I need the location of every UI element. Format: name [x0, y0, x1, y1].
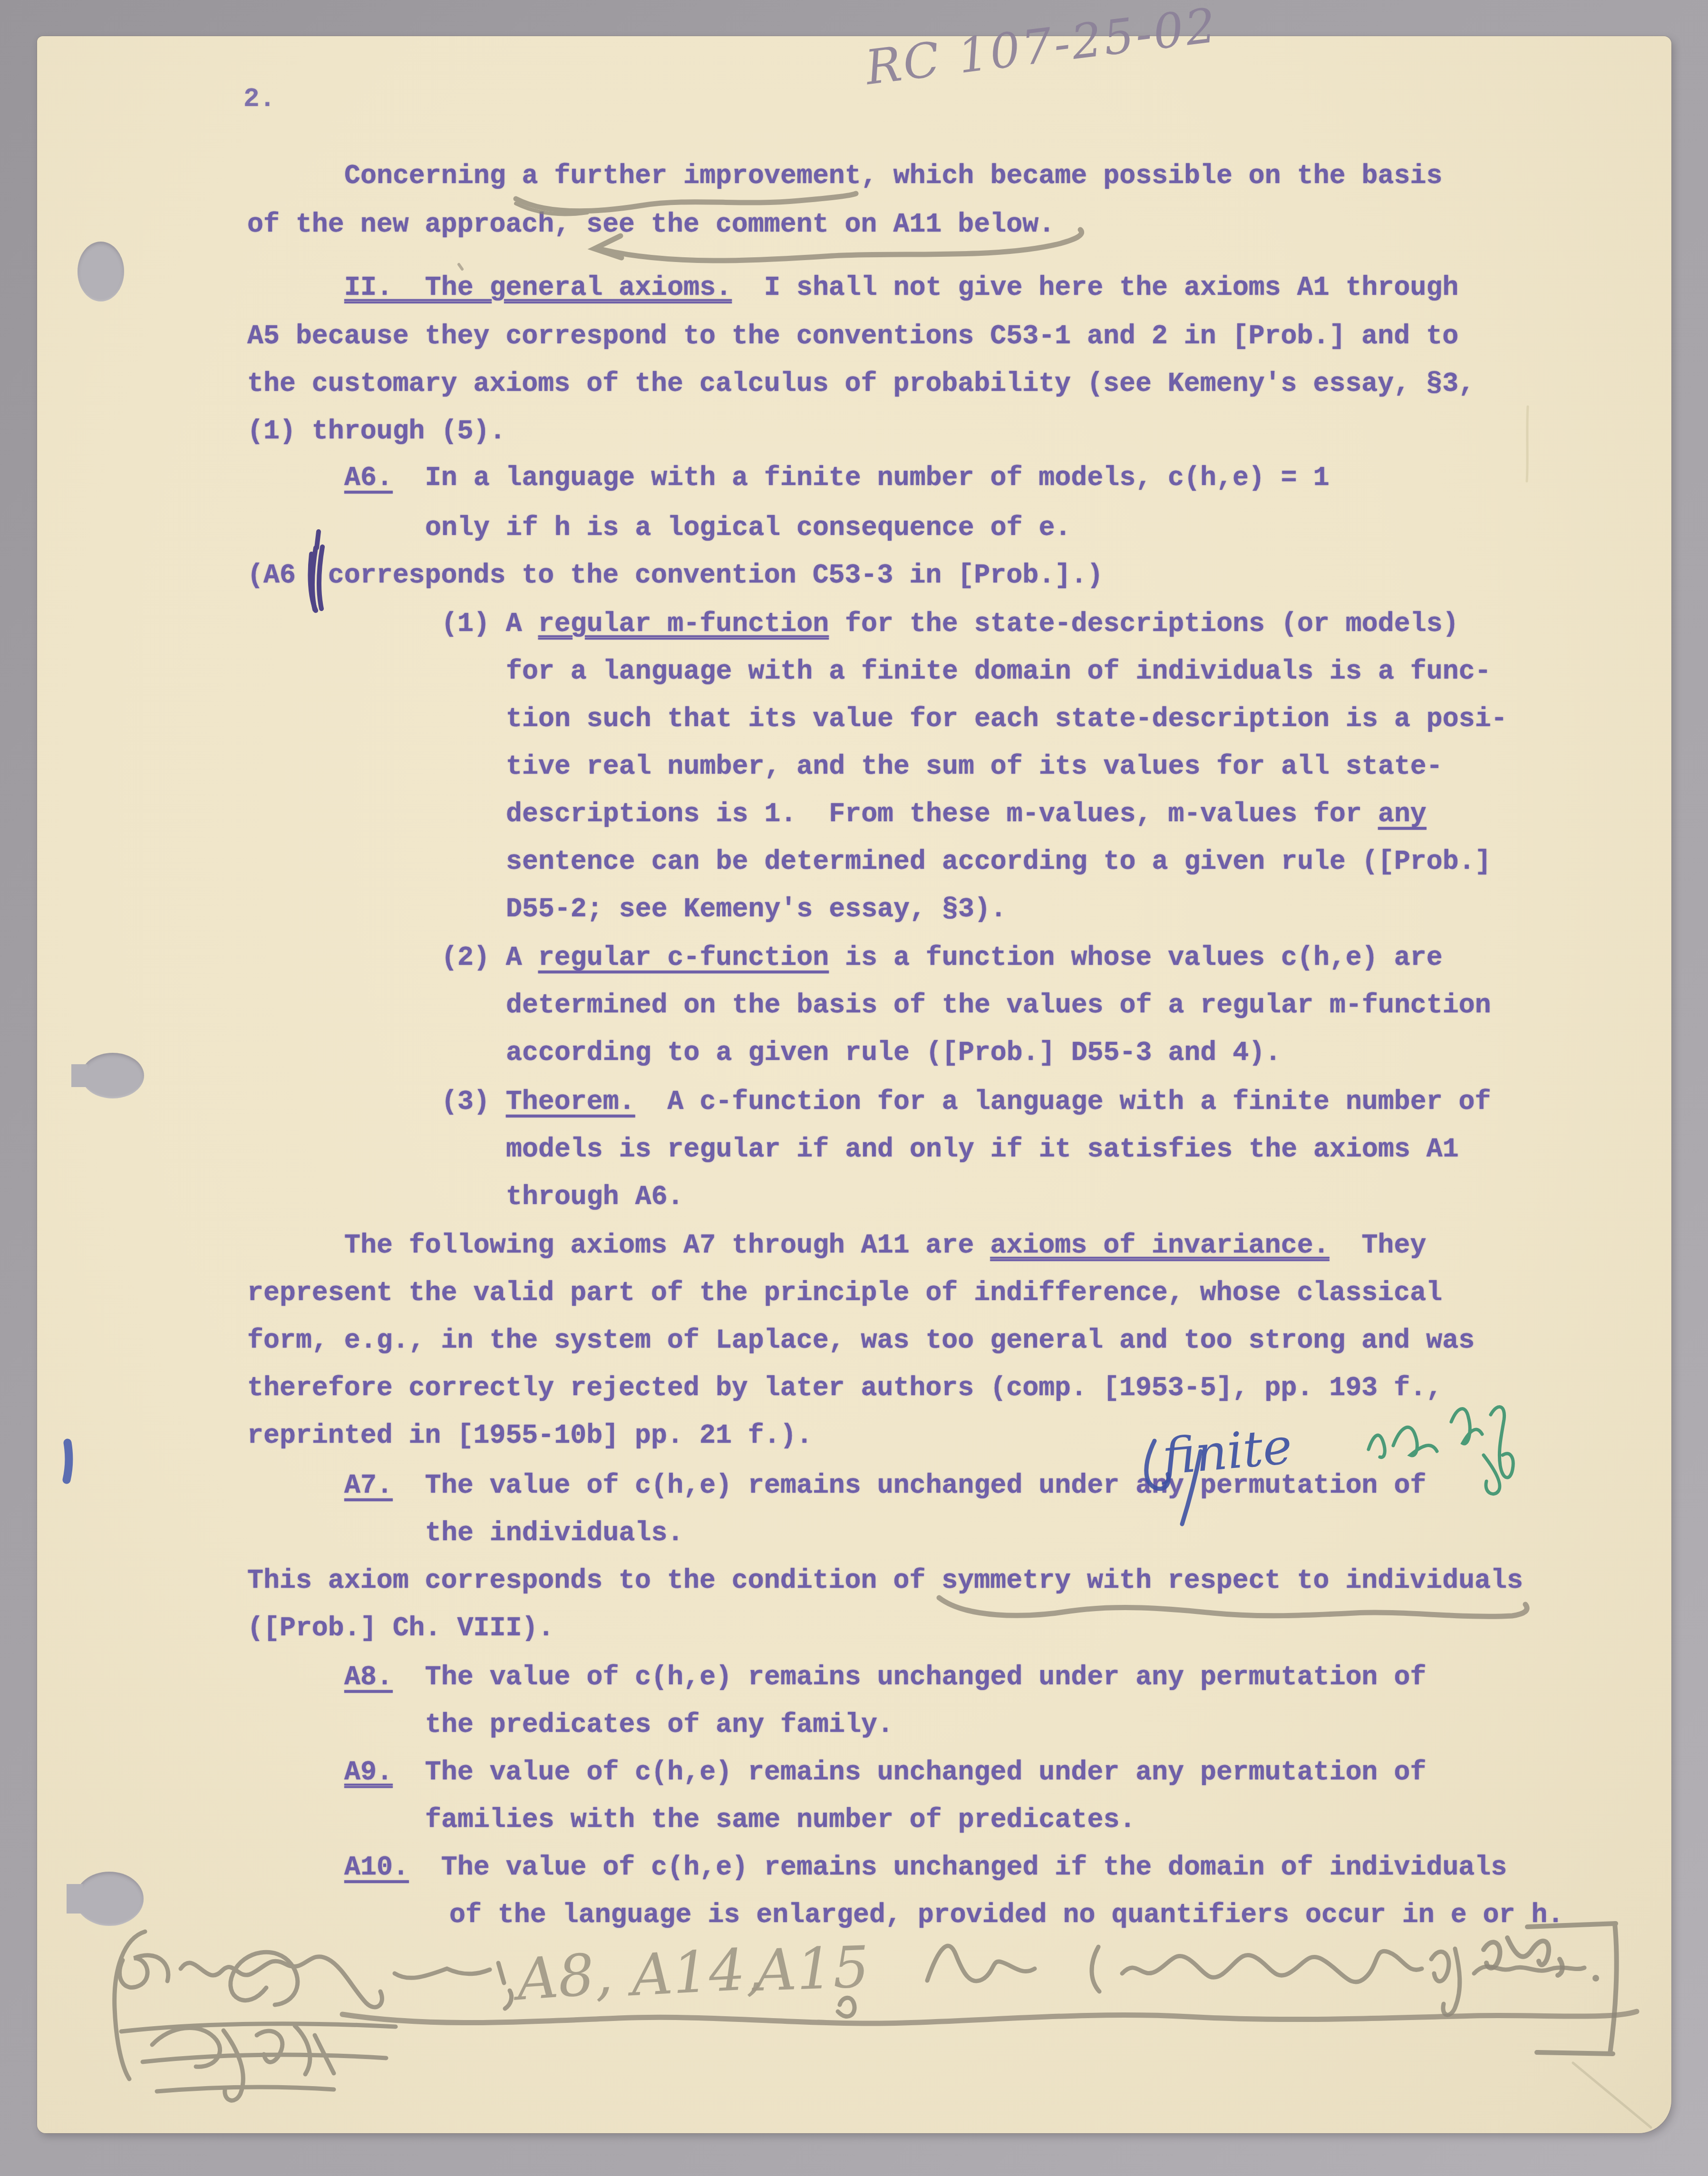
punch-hole-bottom-notch	[67, 1884, 83, 1914]
text-segment: through A6.	[506, 1182, 684, 1212]
underlined-text: A7.	[344, 1470, 393, 1501]
typed-line: therefore correctly rejected by later au…	[247, 1373, 1442, 1404]
text-segment: The value of c(h,e) remains unchanged un…	[393, 1662, 1427, 1692]
typed-line: D55-2; see Kemeny's essay, §3).	[506, 894, 1007, 925]
typed-line: (1) A regular m-function for the state-d…	[441, 609, 1459, 640]
text-segment: tion such that its value for each state-…	[506, 704, 1507, 734]
typed-line: through A6.	[506, 1182, 684, 1213]
text-segment: of the language is enlarged, provided no…	[449, 1900, 1563, 1930]
underlined-text: regular m-function	[538, 609, 829, 639]
text-segment: reprinted in [1955-10b] pp. 21 f.).	[247, 1420, 813, 1451]
text-segment: represent the valid part of the principl…	[247, 1278, 1442, 1308]
text-segment: (1) through (5).	[247, 416, 505, 447]
punch-hole-middle-notch	[71, 1064, 87, 1087]
text-segment: Concerning a further improvement, which …	[344, 161, 1442, 191]
typed-line: A6. In a language with a finite number o…	[344, 463, 1330, 494]
text-segment: In a language with a finite number of mo…	[393, 463, 1330, 493]
typed-line: families with the same number of predica…	[425, 1805, 1135, 1836]
typed-line: tion such that its value for each state-…	[506, 704, 1507, 735]
typed-line: (3) Theorem. A c-function for a language…	[441, 1087, 1491, 1117]
text-segment: descriptions is 1. From these m-values, …	[506, 799, 1378, 829]
text-segment: The following axioms A7 through A11 are	[344, 1230, 990, 1261]
text-segment: form, e.g., in the system of Laplace, wa…	[247, 1325, 1475, 1356]
text-segment: This axiom corresponds to the condition …	[247, 1565, 1523, 1596]
typed-line: models is regular if and only if it sati…	[506, 1134, 1459, 1165]
underlined-text: II. The general axioms.	[344, 272, 732, 303]
text-segment: models is regular if and only if it sati…	[506, 1134, 1459, 1165]
typed-line: the customary axioms of the calculus of …	[247, 369, 1475, 399]
text-segment: A5 because they correspond to the conven…	[247, 321, 1458, 351]
typed-line: the individuals.	[425, 1518, 683, 1549]
typed-line: ([Prob.] Ch. VIII).	[247, 1613, 554, 1644]
text-segment: tive real number, and the sum of its val…	[506, 751, 1443, 782]
typed-line: descriptions is 1. From these m-values, …	[506, 799, 1427, 830]
typed-line: A9. The value of c(h,e) remains unchange…	[344, 1757, 1426, 1788]
text-segment: (A6 corresponds to the convention C53-3 …	[247, 560, 1103, 591]
typed-line: the predicates of any family.	[425, 1710, 893, 1740]
typed-line: Concerning a further improvement, which …	[344, 161, 1442, 192]
scanned-document-scan: Concerning a further improvement, which …	[0, 0, 1708, 2176]
typed-line: only if h is a logical consequence of e.	[425, 513, 1071, 544]
text-segment: is a function whose values c(h,e) are	[829, 942, 1443, 973]
text-segment: A c-function for a language with a finit…	[635, 1087, 1491, 1117]
underlined-text: A6.	[344, 463, 393, 493]
typed-line: The following axioms A7 through A11 are …	[344, 1230, 1426, 1261]
typed-line: A8. The value of c(h,e) remains unchange…	[344, 1662, 1426, 1693]
text-segment: determined on the basis of the values of…	[506, 990, 1491, 1020]
underlined-text: A10.	[344, 1852, 409, 1883]
text-segment: for the state-descriptions (or models)	[829, 609, 1459, 639]
typed-line: sentence can be determined according to …	[506, 846, 1491, 877]
typed-line: (2) A regular c-function is a function w…	[441, 942, 1443, 973]
underlined-text: Theorem.	[506, 1087, 635, 1117]
text-segment: sentence can be determined according to …	[506, 846, 1491, 877]
text-segment: The value of c(h,e) remains unchanged if…	[409, 1852, 1507, 1883]
typed-line: form, e.g., in the system of Laplace, wa…	[247, 1325, 1475, 1356]
typed-line: determined on the basis of the values of…	[506, 990, 1491, 1021]
underlined-text: any	[1378, 799, 1427, 829]
typed-line: II. The general axioms. I shall not give…	[344, 272, 1458, 303]
text-segment: for a language with a finite domain of i…	[506, 656, 1491, 687]
typed-line: (A6 corresponds to the convention C53-3 …	[247, 560, 1103, 591]
text-segment: (3)	[441, 1087, 506, 1117]
typed-line: of the language is enlarged, provided no…	[449, 1900, 1563, 1931]
typed-line: of the new approach, see the comment on …	[247, 209, 1055, 240]
underlined-text: A9.	[344, 1757, 393, 1787]
text-segment: (2) A	[441, 942, 538, 973]
text-segment: only if h is a logical consequence of e.	[425, 513, 1071, 543]
text-segment: ([Prob.] Ch. VIII).	[247, 1613, 554, 1643]
text-segment: therefore correctly rejected by later au…	[247, 1373, 1442, 1403]
typed-line: A5 because they correspond to the conven…	[247, 321, 1458, 352]
typed-line: for a language with a finite domain of i…	[506, 656, 1491, 687]
punch-hole-top	[78, 242, 124, 301]
typed-line: This axiom corresponds to the condition …	[247, 1565, 1523, 1596]
typed-line: A7. The value of c(h,e) remains unchange…	[344, 1470, 1426, 1501]
text-segment: the individuals.	[425, 1518, 683, 1548]
punch-hole-middle	[81, 1053, 144, 1098]
text-segment: families with the same number of predica…	[425, 1805, 1135, 1835]
text-segment: according to a given rule ([Prob.] D55-3…	[506, 1038, 1281, 1068]
typed-line: represent the valid part of the principl…	[247, 1278, 1442, 1309]
text-segment: I shall not give here the axioms A1 thro…	[732, 272, 1458, 303]
text-segment: They	[1330, 1230, 1427, 1261]
underlined-text: axioms of invariance.	[990, 1230, 1329, 1261]
typed-line: tive real number, and the sum of its val…	[506, 751, 1443, 782]
typed-line: according to a given rule ([Prob.] D55-3…	[506, 1038, 1281, 1069]
typed-line: reprinted in [1955-10b] pp. 21 f.).	[247, 1420, 813, 1451]
underlined-text: regular c-function	[538, 942, 829, 973]
page-number: 2.	[243, 84, 275, 114]
typed-line: (1) through (5).	[247, 416, 505, 447]
underlined-text: A8.	[344, 1662, 393, 1692]
text-segment: The value of c(h,e) remains unchanged un…	[393, 1470, 1427, 1501]
punch-hole-bottom	[75, 1872, 144, 1926]
text-segment: (1) A	[441, 609, 538, 639]
text-segment: the customary axioms of the calculus of …	[247, 369, 1475, 399]
text-segment: the predicates of any family.	[425, 1710, 893, 1740]
text-segment: The value of c(h,e) remains unchanged un…	[393, 1757, 1427, 1787]
text-segment: D55-2; see Kemeny's essay, §3).	[506, 894, 1007, 924]
text-segment: of the new approach, see the comment on …	[247, 209, 1055, 240]
typed-line: A10. The value of c(h,e) remains unchang…	[344, 1852, 1507, 1883]
